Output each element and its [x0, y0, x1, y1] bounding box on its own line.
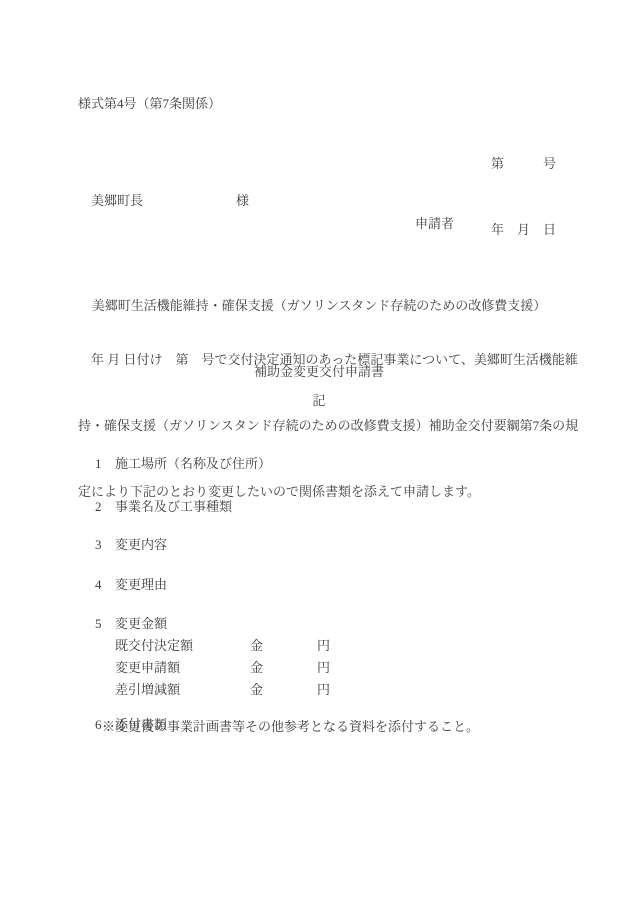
document-number-line: 第 号	[491, 153, 556, 175]
item-label: 変更理由	[115, 577, 167, 592]
document-page: 様式第4号（第7条関係） 第 号 年 月 日 美郷町長様 申請者 美郷町生活機能…	[0, 0, 630, 903]
item-label: 施工場所（名称及び住所）	[115, 456, 271, 471]
item-label: 事業名及び工事種類	[115, 499, 232, 514]
addressee-name: 美郷町長	[91, 193, 143, 208]
form-number-label: 様式第4号（第7条関係）	[78, 94, 221, 114]
date-line: 年 月 日	[491, 219, 556, 241]
currency-prefix: 金	[250, 680, 317, 700]
currency-suffix: 円	[317, 682, 330, 697]
item-number: 1	[91, 454, 115, 474]
attachment-note: ※変更後の事業計画書等その他参考となる資料を添付すること。	[102, 717, 479, 737]
item-number: 4	[91, 575, 115, 595]
item-number: 2	[91, 497, 115, 517]
body-paragraph-line-1: 年 月 日付け 第 号で交付決定通知のあった標記事業について、美郷町生活機能維	[78, 349, 578, 371]
addressee-honorific: 様	[236, 191, 249, 211]
item-label: 変更内容	[115, 537, 167, 552]
applicant-label: 申請者	[415, 214, 454, 234]
item-number: 3	[91, 535, 115, 555]
addressee-line: 美郷町長様	[78, 171, 249, 231]
section-marker: 記	[78, 391, 560, 411]
